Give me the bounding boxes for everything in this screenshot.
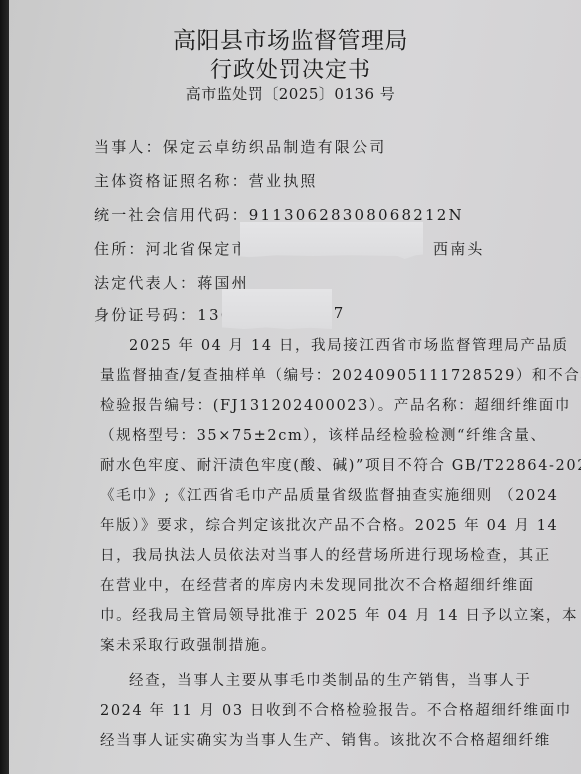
text-line: 量监督抽查/复查抽样单（编号：20240905111728529）和不合格 [100,361,554,391]
paragraph-case-filing: 2025 年 04 月 14 日，我局接江西省市场监督管理局产品质 量监督抽查/… [100,331,554,661]
license-type: 主体资格证照名称：营业执照 [94,170,318,191]
text-line: 年版）》要求，综合判定该批次产品不合格。2025 年 04 月 14 [100,511,554,541]
address-prefix: 住所：河北省保定市 [94,238,249,259]
paragraph-investigation: 经查，当事人主要从事毛巾类制品的生产销售，当事人于 2024 年 11 月 03… [100,666,554,756]
address-suffix: 西南头 [433,238,485,259]
redaction-patch-id [222,289,332,329]
text-line: 耐水色牢度、耐汗渍色牢度(酸、碱)”项目不符合 GB/T22864-2020 [100,451,554,481]
party-name: 当事人：保定云卓纺织品制造有限公司 [94,136,386,157]
text-line: 检验报告编号：(FJ131202400023）。产品名称：超细纤维面巾 [100,391,554,421]
text-line: 在营业中，在经营者的库房内未发现同批次不合格超细纤维面 [100,571,554,601]
text-line: 《毛巾》;《江西省毛巾产品质量省级监督抽查实施细则 （2024 [100,481,554,511]
photo-background-edge [0,0,9,774]
text-line: 经查，当事人主要从事毛巾类制品的生产销售，当事人于 [100,666,554,696]
text-line: （规格型号：35×75±2cm），该样品经检验检测“纤维含量、 [100,421,554,451]
text-line: 2025 年 04 月 14 日，我局接江西省市场监督管理局产品质 [100,331,554,361]
text-line: 巾。经我局主管局领导批准于 2025 年 04 月 14 日予以立案，本 [100,601,554,631]
agency-title: 高阳县市场监督管理局 [0,22,581,55]
document-number: 高市监处罚〔2025〕0136 号 [0,83,581,104]
document-type-title: 行政处罚决定书 [0,53,581,84]
text-line: 日，我局执法人员依法对当事人的经营场所进行现场检查，其正 [100,541,554,571]
id-number-prefix: 身份证号码：130 [94,304,232,325]
redaction-patch-address [240,222,423,259]
text-line: 案未采取行政强制措施。 [100,631,554,661]
text-line: 经当事人证实确实为当事人生产、销售。该批次不合格超细纤维 [100,726,554,756]
text-line: 2024 年 11 月 03 日收到不合格检验报告。不合格超细纤维面巾 [100,696,554,726]
credit-code: 统一社会信用代码：91130628308068212N [94,204,464,225]
